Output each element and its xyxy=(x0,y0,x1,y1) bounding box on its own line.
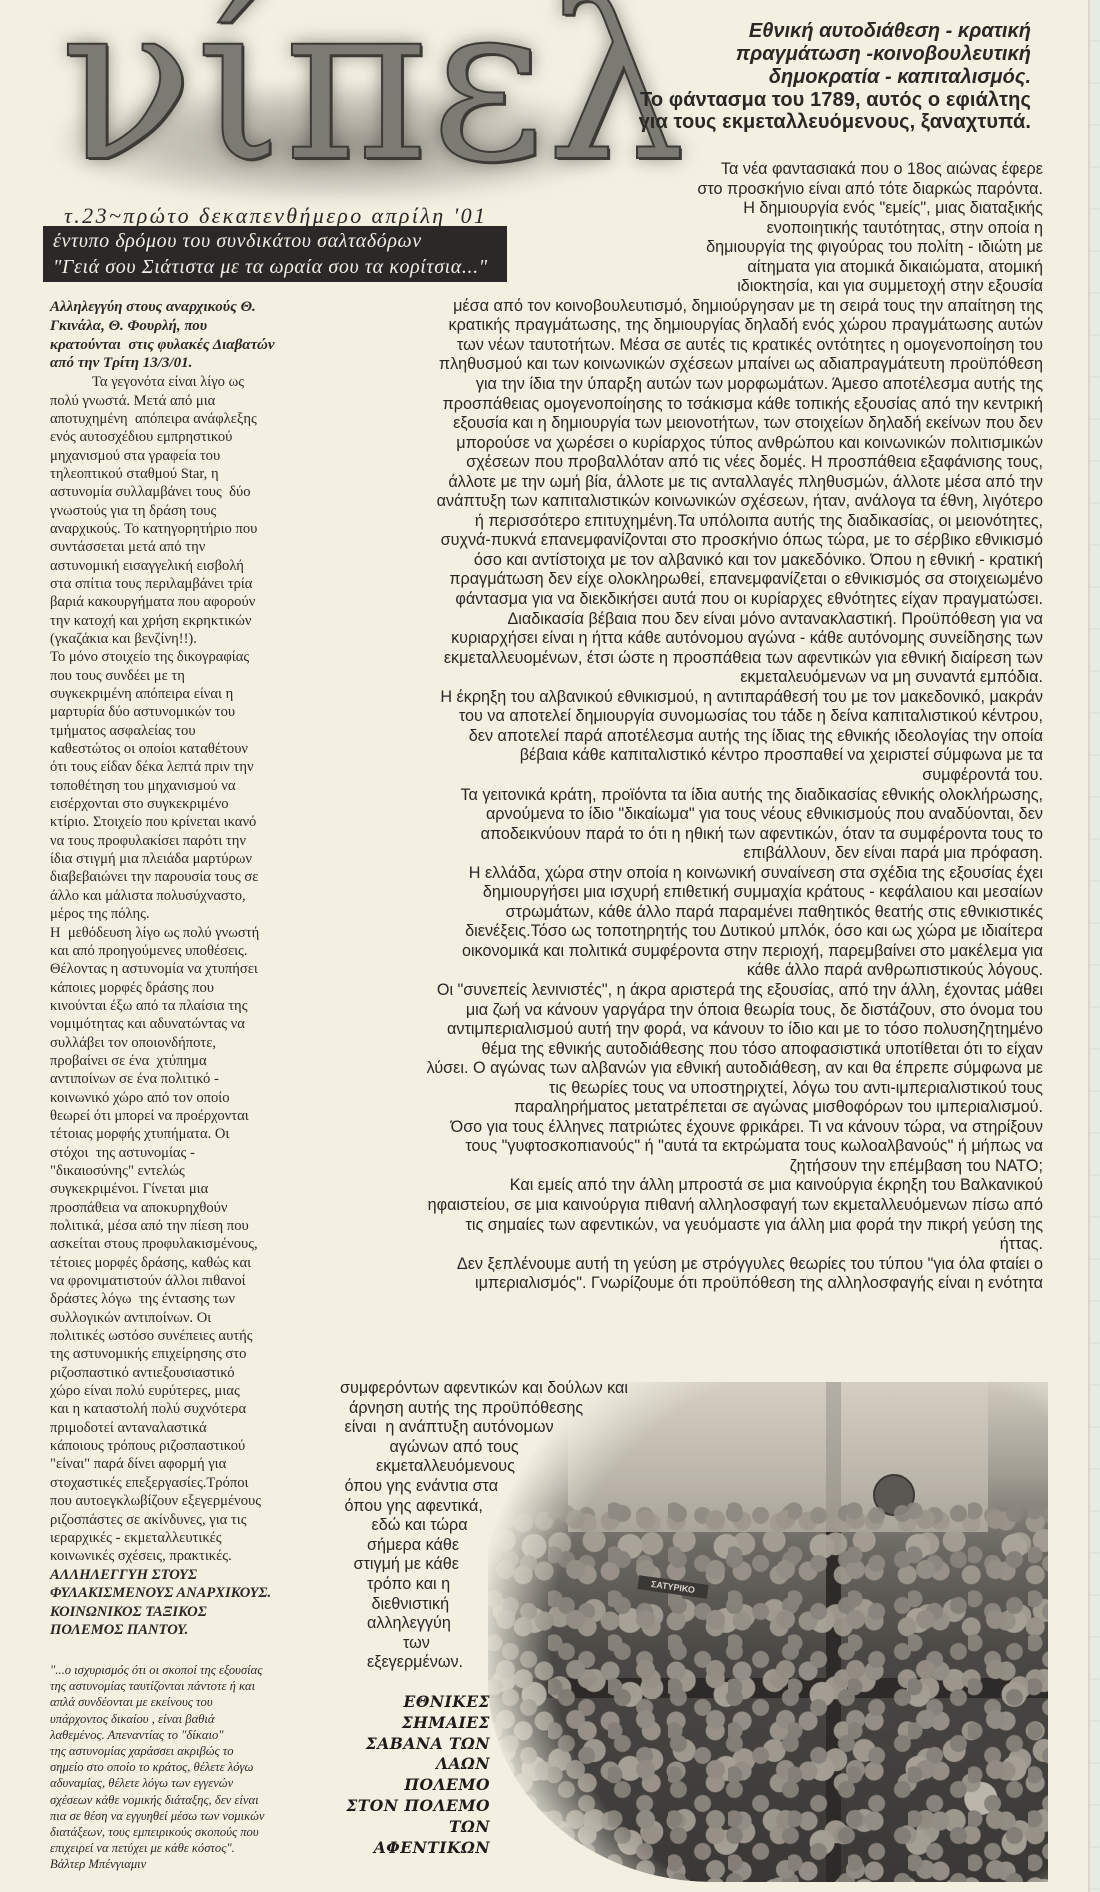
slogan-line: ΠΟΛΕΜΟΣ ΠΑΝΤΟΥ. xyxy=(50,1621,312,1640)
article-line: ηφαιστείου, σε μια καινούργια πιθανή αλλ… xyxy=(335,1196,1043,1216)
left-article-body: Τα γεγονότα είναι λίγο ωςπολύ γνωστά. Με… xyxy=(50,373,312,1565)
body-line: στόχοι της αστυνομίας - xyxy=(50,1144,312,1162)
body-line: μαρτυρία δύο αστυνομικών του xyxy=(50,703,312,721)
body-line: γνωστούς για τη δράση τους xyxy=(50,502,312,520)
article-line: κρατικής πραγμάτωσης, της δημιουργίας δη… xyxy=(335,316,1043,336)
slogan-line: ΛΑΩΝ xyxy=(330,1754,490,1775)
quote-line: πια σε θέση να εγγυηθεί μέσω των νομικών xyxy=(50,1808,312,1824)
article-line: φάντασμα για να διεκδικήσει αυτά που οι … xyxy=(335,590,1043,610)
article-line: Τα νέα φαντασιακά που ο 18ος αιώνας έφερ… xyxy=(335,160,1043,180)
article-line: για την ίδια την ύπαρξη αυτών των μορφωμ… xyxy=(335,375,1043,395)
body-line: Θέλοντας η αστυνομία να χτυπήσει xyxy=(50,960,312,978)
body-line: Η μεθόδευση λίγο ως πολύ γνωστή xyxy=(50,924,312,942)
body-line: προβαίνει σε ένα χτύπημα xyxy=(50,1052,312,1070)
anti-war-slogan: ΕΘΝΙΚΕΣΣΗΜΑΙΕΣΣΑΒΑΝΑ ΤΩΝΛΑΩΝΠΟΛΕΜΟΣΤΟΝ Π… xyxy=(330,1692,490,1858)
body-line: της αστυνομικής επιχείρησης στο xyxy=(50,1345,312,1363)
article-line: Η ελλάδα, χώρα στην οποία η κοινωνική συ… xyxy=(335,864,1043,884)
body-line: κοινωνικό χώρο από τον οποίο xyxy=(50,1089,312,1107)
article-line: ιδιοκτησία, και για συμμετοχή στην εξουσ… xyxy=(335,277,1043,297)
body-line: κτίριο. Στοιχείο που κρίνεται ικανό xyxy=(50,813,312,831)
closing-line: είναι η ανάπτυξη αυτόνομων xyxy=(340,1418,670,1438)
article-line: δημιουργία της φιγούρας του πολίτη - ιδι… xyxy=(335,238,1043,258)
body-line: αποτυχημένη απόπειρα ανάφλεξης xyxy=(50,410,312,428)
quote-line: "...ο ισχυρισμός ότι οι σκοποί της εξουσ… xyxy=(50,1662,312,1678)
article-line: πραγμάτωση δεν είχε ολοκληρωθεί, επανεμφ… xyxy=(335,570,1043,590)
quote-line: σημείο στο οποίο το κράτος, θέλετε λόγω xyxy=(50,1759,312,1775)
headline-line: για τους εκμεταλλευόμενους, ξαναχτυπά. xyxy=(571,111,1031,133)
main-article-body: Τα νέα φαντασιακά που ο 18ος αιώνας έφερ… xyxy=(335,160,1043,1294)
body-line: μέρος της πόλης. xyxy=(50,905,312,923)
quote-line: υπάρχοντος δικαίου , είναι βαθιά xyxy=(50,1711,312,1727)
article-line: τις σημαίες των αφεντικών, να γευόμαστε … xyxy=(335,1216,1043,1236)
article-line: Τα γειτονικά κράτη, προϊόντα τα ίδια αυτ… xyxy=(335,786,1043,806)
body-line: ριζοσπάστες σε ακίνδυνες, για τις xyxy=(50,1511,312,1529)
body-line: κινούνται έξω από τα πλαίσια της xyxy=(50,997,312,1015)
lede-line: από την Τρίτη 13/3/01. xyxy=(50,354,312,373)
closing-line: εδώ και τώρα xyxy=(340,1516,670,1536)
article-line: εξουσία και η δημιουργία των μειονοτήτων… xyxy=(335,414,1043,434)
article-line: αποδεικνύουν παρά το ότι η ηθική των αφε… xyxy=(335,825,1043,845)
slogan-line: ΕΘΝΙΚΕΣ xyxy=(330,1692,490,1713)
body-line: κάποιους τρόπους ριζοσπαστικού xyxy=(50,1437,312,1455)
headline-line: δημοκρατία - καπιταλισμός. xyxy=(571,66,1031,89)
body-line: να φρονιματιστούν άλλοι πιθανοί xyxy=(50,1272,312,1290)
article-line: ζητήσουν την επέμβαση του ΝΑΤΟ; xyxy=(335,1157,1043,1177)
article-line: άλλοτε με την ωμή βία, άλλοτε με τις αντ… xyxy=(335,473,1043,493)
body-line: Τα γεγονότα είναι λίγο ως xyxy=(50,373,312,391)
article-line: συχνά-πυκνά επανεμφανίζονται στο προσκήν… xyxy=(335,531,1043,551)
left-column-article: Αλληλεγγύη στους αναρχικούς Θ.Γκινάλα, Θ… xyxy=(50,298,312,1873)
body-line: τέτοιες μορφές δράσης, καθώς και xyxy=(50,1254,312,1272)
body-line: άλλο και μάλιστα πολυσύχναστο, xyxy=(50,887,312,905)
slogan-line: ΑΛΛΗΛΕΓΓΥΗ ΣΤΟΥΣ xyxy=(50,1566,312,1585)
article-line: Και εμείς από την άλλη μπροστά σε μια κα… xyxy=(335,1176,1043,1196)
body-line: κοινωνικές σχέσεις, πρακτικές. xyxy=(50,1547,312,1565)
body-line: συγκεκριμένη απόπειρα είναι η xyxy=(50,685,312,703)
article-line: Η δημιουργία ενός "εμείς", μιας διαταξικ… xyxy=(335,199,1043,219)
article-line: αίτηματα για ατομικά δικαιώματα, ατομική xyxy=(335,258,1043,278)
quote-line: απλά συνδέονται με εκείνους του xyxy=(50,1694,312,1710)
slogan-line: ΠΟΛΕΜΟ xyxy=(330,1775,490,1796)
body-line: συντάσσεται μετά από την xyxy=(50,538,312,556)
slogan-line: ΤΩΝ xyxy=(330,1817,490,1838)
closing-line: συμφερόντων αφεντικών και δούλων και xyxy=(340,1379,670,1399)
lede-line: Γκινάλα, Θ. Φουρλή, που xyxy=(50,317,312,336)
quote-line: της αστυνομίας χαράσσει ακριβώς το xyxy=(50,1743,312,1759)
article-line: επιβάλλουν, δεν είναι παρά μια πρόφαση. xyxy=(335,844,1043,864)
body-line: να τους προφυλακίσει παρότι την xyxy=(50,832,312,850)
article-line: πληθυσμού και των κοινωνικών σχέσεων μπα… xyxy=(335,355,1043,375)
article-line: σχέσεων που προβαλλόταν από τις νέες δομ… xyxy=(335,453,1043,473)
body-line: την κατοχή και χρήση εκρηκτικών xyxy=(50,612,312,630)
article-line: των νέων ταυτοτήτων. Μέσα σε αυτές τις κ… xyxy=(335,336,1043,356)
body-line: ασκείται στους προφυλακισμένους, xyxy=(50,1235,312,1253)
article-line: Διαδικασία βέβαια που δεν είναι μόνο αντ… xyxy=(335,610,1043,630)
closing-statement: συμφερόντων αφεντικών και δούλων και άρν… xyxy=(340,1379,670,1673)
article-line: ή περισσότερο επιτυχημένη.Τα υπόλοιπα αυ… xyxy=(335,512,1043,532)
article-line: μέσα από τον κοινοβουλευτισμό, δημιούργη… xyxy=(335,297,1043,317)
closing-line: εκμεταλλευόμενους xyxy=(340,1457,670,1477)
scan-margin xyxy=(1090,0,1100,1892)
article-line: δεν αποτελεί παρά αποτέλεσμα αυτής της ί… xyxy=(335,727,1043,747)
lede-line: Αλληλεγγύη στους αναρχικούς Θ. xyxy=(50,298,312,317)
article-line: δημιουργήσει μια ισχυρή επιθετική συμμαχ… xyxy=(335,883,1043,903)
article-line: εκμεταλλευομένων, έτσι ώστε η προσπάθεια… xyxy=(335,649,1043,669)
body-line: συγκεκριμένοι. Γίνεται μια xyxy=(50,1180,312,1198)
article-line: κάθε άλλο παρά ανθρωπιστικούς λόγους. xyxy=(335,961,1043,981)
article-line: Η έκρηξη του αλβανικού εθνικισμού, η αντ… xyxy=(335,688,1043,708)
body-line: τοποθέτηση του μηχανισμού να xyxy=(50,777,312,795)
body-line: ότι τους είδαν δέκα λεπτά πριν την xyxy=(50,758,312,776)
lede-line: κρατούνται στις φυλακές Διαβατών xyxy=(50,336,312,355)
closing-line: άρνηση αυτής της προϋπόθεσης xyxy=(340,1399,670,1419)
closing-line: τρόπο και η xyxy=(340,1575,670,1595)
article-line: λύσει. Ο αγώνας των αλβανών για εθνική α… xyxy=(335,1059,1043,1079)
body-line: αστυνομία συλλαμβάνει τους δύο xyxy=(50,483,312,501)
body-line: θεωρεί ότι μπορεί να προέρχονται xyxy=(50,1107,312,1125)
slogan-line: ΣΤΟΝ ΠΟΛΕΜΟ xyxy=(330,1796,490,1817)
quote-line: επιχειρεί να πετύχει με κάθε κόστος". xyxy=(50,1840,312,1856)
body-line: συλλάβει τον οποιονδήποτε, xyxy=(50,1034,312,1052)
article-line: Δεν ξεπλένουμε αυτή τη γεύση με στρόγγυλ… xyxy=(335,1255,1043,1275)
slogan-line: ΣΑΒΑΝΑ ΤΩΝ xyxy=(330,1734,490,1755)
body-line: "είναι" παρά δίνει αφορμή για xyxy=(50,1455,312,1473)
quote-line: λαθεμένος. Απεναντίας το "δίκαιο" xyxy=(50,1727,312,1743)
article-line: διενέξεις.Τόσο ως τοποτηρητής του Δυτικο… xyxy=(335,922,1043,942)
body-line: εισέρχονται στο συγκεκριμένο xyxy=(50,795,312,813)
quote-line: αδυναμίας, θέλετε λόγω των εγγενών xyxy=(50,1775,312,1791)
article-line: μια ζωή να κάνουν γαργάρα την όποια θεωρ… xyxy=(335,1001,1043,1021)
slogan-line: ΚΟΙΝΩΝΙΚΟΣ ΤΑΞΙΚΟΣ xyxy=(50,1603,312,1622)
body-line: στοχαστικές επεξεργασίες.Τρόποι xyxy=(50,1474,312,1492)
body-line: ίδια στιγμή μια πλειάδα μαρτύρων xyxy=(50,850,312,868)
article-line: αρνούμενα το ίδιο "δικαίωμα" για τους νέ… xyxy=(335,805,1043,825)
article-line: βέβαια κάθε καπιταλιστικό κέντρο προσπαθ… xyxy=(335,746,1043,766)
closing-line: διεθνιστική xyxy=(340,1595,670,1615)
article-line: αντιμπεριαλισμού αυτή την φορά, να κάνου… xyxy=(335,1020,1043,1040)
body-line: διαβεβαιώνει την παρουσία τους σε xyxy=(50,868,312,886)
body-line: κάποιες μορφές δράσης που xyxy=(50,979,312,997)
article-line: ανάπτυξη των καπιταλιστικών κοινωνικών σ… xyxy=(335,492,1043,512)
closing-line: αλληλεγγύη xyxy=(340,1614,670,1634)
closing-line: των xyxy=(340,1634,670,1654)
newspaper-page: νίπελ τ.23~πρώτο δεκαπενθήμερο απρίλη '0… xyxy=(0,0,1090,1892)
body-line: τέτοιας μορφής χτυπήματα. Οι xyxy=(50,1125,312,1143)
body-line: Το μόνο στοιχείο της δικογραφίας xyxy=(50,648,312,666)
body-line: ιεραρχικές - εκμεταλλευτικές xyxy=(50,1529,312,1547)
body-line: (γκαζάκια και βενζίνη!!). xyxy=(50,630,312,648)
closing-line: όπου γης ενάντια στα xyxy=(340,1477,670,1497)
body-line: χώρο είναι πολύ ευρύτερες, μιας xyxy=(50,1382,312,1400)
article-line: ενοποιητικής ταυτότητας, στην οποία η xyxy=(335,219,1043,239)
body-line: συλλογικών αντιποίνων. Οι xyxy=(50,1309,312,1327)
closing-line: όπου γης αφεντικά, xyxy=(340,1497,670,1517)
body-line: "δικαιοσύνης" εντελώς xyxy=(50,1162,312,1180)
quote-line: διατάξεων, τους εμπειρικούς σκοπούς που xyxy=(50,1824,312,1840)
body-line: τηλεοπτικού σταθμού Star, η xyxy=(50,465,312,483)
body-line: αστυνομική εισαγγελική εισβολή xyxy=(50,557,312,575)
article-line: όσο και αντίστοιχα με τον αλβανικό και τ… xyxy=(335,551,1043,571)
body-line: δράστες λόγω της έντασης των xyxy=(50,1290,312,1308)
body-line: και η καταστολή πολύ συχνότερα xyxy=(50,1400,312,1418)
slogan-line: ΣΗΜΑΙΕΣ xyxy=(330,1713,490,1734)
body-line: ριζοσπαστικό αντιεξουσιαστικό xyxy=(50,1364,312,1382)
closing-line: εξεγερμένων. xyxy=(340,1653,670,1673)
closing-line: στιγμή με κάθε xyxy=(340,1555,670,1575)
article-line: ιμπεριαλισμός". Γνωρίζουμε ότι προϋπόθεσ… xyxy=(335,1274,1043,1294)
article-line: κυριαρχήσει είναι η ήττα κάθε αυτόνομου … xyxy=(335,629,1043,649)
article-line: στρωμάτων, κάθε άλλο παρά παραμένει παθη… xyxy=(335,903,1043,923)
article-line: προσπάθειας ομογενοποίησης το τσάκισμα κ… xyxy=(335,395,1043,415)
body-line: πολιτικές ωστόσο συνέπειες αυτής xyxy=(50,1327,312,1345)
solidarity-slogan: ΑΛΛΗΛΕΓΓΥΗ ΣΤΟΥΣΦΥΛΑΚΙΣΜΕΝΟΥΣ ΑΝΑΡΧΙΚΟΥΣ… xyxy=(50,1566,312,1640)
article-headline: Εθνική αυτοδιάθεση - κρατική πραγμάτωση … xyxy=(571,20,1031,133)
body-line: αντιποίνων σε ένα πολιτικό - xyxy=(50,1070,312,1088)
body-line: προσπάθεια να αποκυρηχθούν xyxy=(50,1199,312,1217)
article-line: παραληρήματος μετατρέπεται σε αγώνας μισ… xyxy=(335,1098,1043,1118)
closing-line: σήμερα κάθε xyxy=(340,1536,670,1556)
quote-line: σχέσεων κάθε νομικής διάταξης, δεν είναι xyxy=(50,1792,312,1808)
article-line: μπορούσε να χωρέσει ο κυρίαρχος τύπος αν… xyxy=(335,434,1043,454)
article-line: ήττας. xyxy=(335,1235,1043,1255)
article-line: τους "γυφτοσκοπιανούς" ή "αυτά τα εκτρώμ… xyxy=(335,1137,1043,1157)
article-line: στο προσκήνιο είναι από τότε διαρκώς παρ… xyxy=(335,180,1043,200)
headline-line: Εθνική αυτοδιάθεση - κρατική xyxy=(571,20,1031,43)
body-line: αναρχικούς. Το κατηγορητήριο που xyxy=(50,520,312,538)
headline-line: πραγμάτωση -κοινοβουλευτική xyxy=(571,43,1031,66)
body-line: πριμοδοτεί ανταναλαστικά xyxy=(50,1419,312,1437)
article-line: του να αποτελεί δημιουργία συνομωσίας το… xyxy=(335,707,1043,727)
body-line: ενός αυτοσχέδιου εμπρηστικού xyxy=(50,428,312,446)
slogan-line: ΑΦΕΝΤΙΚΩΝ xyxy=(330,1838,490,1859)
body-line: νομιμότητας και αδυνατώντας να xyxy=(50,1015,312,1033)
body-line: τμήματος ασφαλείας του xyxy=(50,722,312,740)
body-line: που τους συνδέει με τη xyxy=(50,667,312,685)
body-line: πολιτικά, μέσα από την πίεση που xyxy=(50,1217,312,1235)
body-line: βαριά κακουργήματα που αφορούν xyxy=(50,593,312,611)
body-line: πολύ γνωστά. Μετά από μια xyxy=(50,392,312,410)
body-line: μηχανισμού στα γραφεία του xyxy=(50,447,312,465)
quote-line: Βάλτερ Μπένγιαμιν xyxy=(50,1856,312,1872)
article-line: Όσο για τους έλληνες πατριώτες έχουνε φρ… xyxy=(335,1118,1043,1138)
solidarity-lede: Αλληλεγγύη στους αναρχικούς Θ.Γκινάλα, Θ… xyxy=(50,298,312,373)
article-line: θέμα της εθνικής αυτοδιάθεσης που τόσο α… xyxy=(335,1040,1043,1060)
article-line: Οι "συνεπείς λενινιστές", η άκρα αριστερ… xyxy=(335,981,1043,1001)
body-line: καθεστώτος οι οποίοι καταθέτουν xyxy=(50,740,312,758)
headline-line: Το φάντασμα του 1789, αυτός ο εφιάλτης xyxy=(571,89,1031,111)
article-line: εκμεταλευόμενων να μη συναντά εμπόδια. xyxy=(335,668,1043,688)
body-line: στα σπίτια τους περιλαμβάνει τρία xyxy=(50,575,312,593)
closing-line: αγώνων από τους xyxy=(340,1438,670,1458)
slogan-line: ΦΥΛΑΚΙΣΜΕΝΟΥΣ ΑΝΑΡΧΙΚΟΥΣ. xyxy=(50,1584,312,1603)
article-line: τις θεωρίες τους να υποστηριχτεί, λόγω τ… xyxy=(335,1079,1043,1099)
article-line: συμφέροντά του. xyxy=(335,766,1043,786)
body-line: και από προηγούμενες υποθέσεις. xyxy=(50,942,312,960)
quote-line: της αστυνομίας ταυτίζονται πάντοτε ή και xyxy=(50,1678,312,1694)
article-line: οικονομικά και πολιτικά συμφέροντα στην … xyxy=(335,942,1043,962)
body-line: που αυτοεγκλωβίζουν εξεγερμένους xyxy=(50,1492,312,1510)
benjamin-quote: "...ο ισχυρισμός ότι οι σκοποί της εξουσ… xyxy=(50,1662,312,1873)
